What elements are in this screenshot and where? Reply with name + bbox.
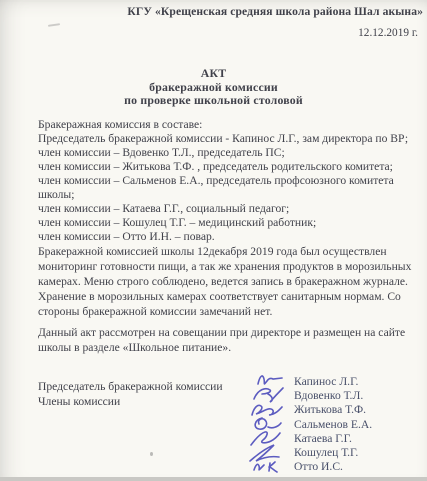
title-line-commission: бракеражной комиссии (0, 81, 427, 95)
report-line: стороны бракеражной комиссии замечаний н… (38, 304, 417, 319)
members-intro-line: Бракеражная комиссия в составе: (38, 118, 417, 132)
commission-members-paragraph: Бракеражная комиссия в составе: Председа… (38, 118, 417, 244)
report-line: мониторинг готовности пищи, а так же хра… (38, 259, 417, 274)
closing-line: школы в разделе «Школьное питание». (38, 340, 417, 355)
title-line-act: АКТ (0, 67, 427, 81)
signature-name: Кошулец Т.Г. (294, 446, 358, 459)
scan-edge-strip (0, 477, 427, 481)
member-line: член комиссии – Кошулец Т.Г. – медицинск… (38, 216, 417, 230)
member-line: школы; (38, 188, 417, 202)
signature-column: Капинос Л.Г. Вдовенко Т.Л. Житькова Т.Ф.… (246, 374, 427, 474)
member-line: Председатель бракеражной комиссии - Капи… (38, 132, 417, 146)
organization-name: КГУ «Крещенская средняя школа района Шал… (0, 5, 423, 18)
report-line: Бракеражной комиссией школы 12декабря 20… (38, 244, 417, 259)
signature-name: Отто И.С. (294, 460, 343, 473)
handwritten-signature-icon (246, 457, 294, 475)
scanned-document: КГУ «Крещенская средняя школа района Шал… (0, 0, 427, 481)
monitoring-report-paragraph: Бракеражной комиссией школы 12декабря 20… (38, 244, 417, 319)
member-line: член комиссии – Житькова Т.Ф. , председа… (38, 160, 417, 174)
signature-name: Катаева Г.Г. (294, 432, 352, 445)
signature-name: Сальменов Е.А. (294, 418, 372, 431)
signature-name: Капинос Л.Г. (294, 375, 358, 388)
document-date: 12.12.2019 г. (358, 27, 418, 39)
scan-artifact-dot (150, 452, 153, 456)
report-line: Хранение в морозильных камерах соответст… (38, 289, 417, 304)
signature-name: Житькова Т.Ф. (294, 403, 366, 416)
closing-line: Данный акт рассмотрен на совещании при д… (38, 325, 417, 340)
member-line: член комиссии – Отто И.Н. – повар. (38, 230, 417, 244)
scan-artifact-dash (48, 23, 60, 27)
report-line: камерах. Меню строго соблюдено, ведется … (38, 274, 417, 289)
member-line: член комиссии – Вдовенко Т.Л., председат… (38, 146, 417, 160)
member-line: член комиссии – Катаева Г.Г., социальный… (38, 202, 417, 216)
signature-row: Отто И.С. (246, 460, 427, 474)
closing-paragraph: Данный акт рассмотрен на совещании при д… (38, 325, 417, 355)
title-line-subject: по проверке школьной столовой (0, 94, 427, 108)
member-line: член комиссии – Сальменов Е.А., председа… (38, 174, 417, 188)
signature-name: Вдовенко Т.Л. (294, 389, 363, 402)
document-title: АКТ бракеражной комиссии по проверке шко… (0, 67, 427, 108)
